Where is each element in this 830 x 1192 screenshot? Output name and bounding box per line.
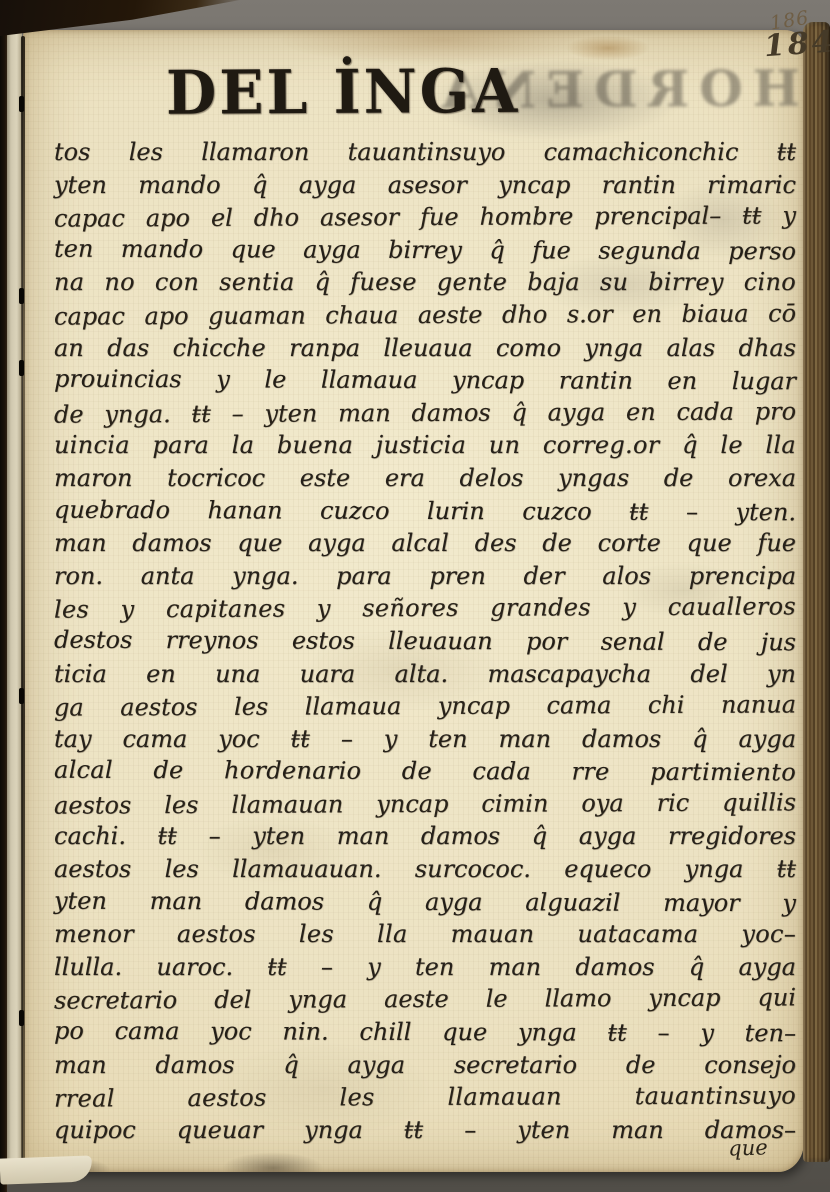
stitch-mark — [19, 688, 24, 704]
manuscript-line: maron tocricoc este era delos yngas de o… — [54, 462, 796, 495]
binding-gutter-line — [21, 36, 25, 1170]
bottom-page-corner — [0, 1155, 92, 1184]
manuscript-line: alcal de hordenario de cada rre partimie… — [54, 754, 796, 789]
catchword: que — [700, 1134, 797, 1161]
manuscript-text-block: tos les llamaron tauantinsuyo camachicon… — [54, 136, 796, 1146]
stitch-mark — [19, 96, 24, 112]
manuscript-line: ga aestos les llamaua yncap cama chi nan… — [54, 688, 796, 724]
manuscript-line: tay cama yoc ŧŧ – y ten man damos q̂ ayg… — [54, 723, 796, 756]
manuscript-line: rreal aestos les llamauan tauantinsuyo — [54, 1080, 796, 1116]
manuscript-line: prouincias y le llamaua yncap rantin en … — [54, 363, 796, 398]
manuscript-line: ten mando que ayga birrey q̂ fue segunda… — [54, 232, 796, 267]
manuscript-line: yten man damos q̂ ayga alguazil mayor y — [54, 884, 796, 919]
manuscript-line: po cama yoc nin. chill que ynga ŧŧ – y t… — [54, 1015, 796, 1050]
manuscript-line: capac apo guaman chaua aeste dho s.or en… — [54, 297, 796, 333]
manuscript-line: quipoc queuar ynga ŧŧ – yten man damos– — [54, 1114, 796, 1147]
manuscript-line: na no con sentia q̂ fuese gente baja su … — [54, 266, 796, 299]
folio-number-ink: 184 — [763, 25, 830, 65]
manuscript-line: llulla. uaroc. ŧŧ – y ten man damos q̂ a… — [54, 951, 796, 984]
manuscript-line: destos rreynos estos lleuauan por senal … — [54, 624, 796, 659]
manuscript-line: yten mando q̂ ayga asesor yncap rantin r… — [54, 169, 796, 202]
stitch-mark — [19, 288, 24, 304]
manuscript-line: man damos que ayga alcal des de corte qu… — [54, 527, 796, 560]
manuscript-line: capac apo el dho asesor fue hombre prenc… — [54, 200, 796, 236]
stitch-mark — [19, 1010, 24, 1026]
manuscript-line: tos les llamaron tauantinsuyo camachicon… — [54, 136, 796, 169]
manuscript-line: cachi. ŧŧ – yten man damos q̂ ayga rregi… — [54, 820, 796, 853]
manuscript-line: les y capitanes y señores grandes y caua… — [54, 591, 796, 627]
manuscript-scan: HORDENA DEL İNGA 186 184 tos les llamaro… — [0, 0, 830, 1192]
page-title: DEL İNGA — [166, 56, 521, 129]
manuscript-line: quebrado hanan cuzco lurin cuzco ŧŧ – yt… — [54, 493, 796, 528]
manuscript-line: de ynga. ŧŧ – yten man damos q̂ ayga en … — [54, 395, 796, 431]
manuscript-line: ticia en una uara alta. mascapaycha del … — [54, 658, 796, 691]
manuscript-line: uincia para la buena justicia un correg.… — [54, 429, 796, 462]
manuscript-line: aestos les llamauan yncap cimin oya ric … — [54, 786, 796, 822]
manuscript-line: menor aestos les lla mauan uatacama yoc– — [54, 918, 796, 951]
manuscript-line: aestos les llamauauan. surcococ. equeco … — [54, 853, 796, 886]
book-fore-edge — [803, 22, 830, 1162]
manuscript-line: ron. anta ynga. para pren der alos prenc… — [54, 560, 796, 593]
manuscript-line: secretario del ynga aeste le llamo yncap… — [54, 982, 796, 1018]
book-spine-edge — [0, 0, 7, 1192]
manuscript-line: an das chicche ranpa lleuaua como ynga a… — [54, 332, 796, 365]
manuscript-line: man damos q̂ ayga secretario de consejo — [54, 1049, 796, 1082]
stitch-mark — [19, 360, 24, 376]
